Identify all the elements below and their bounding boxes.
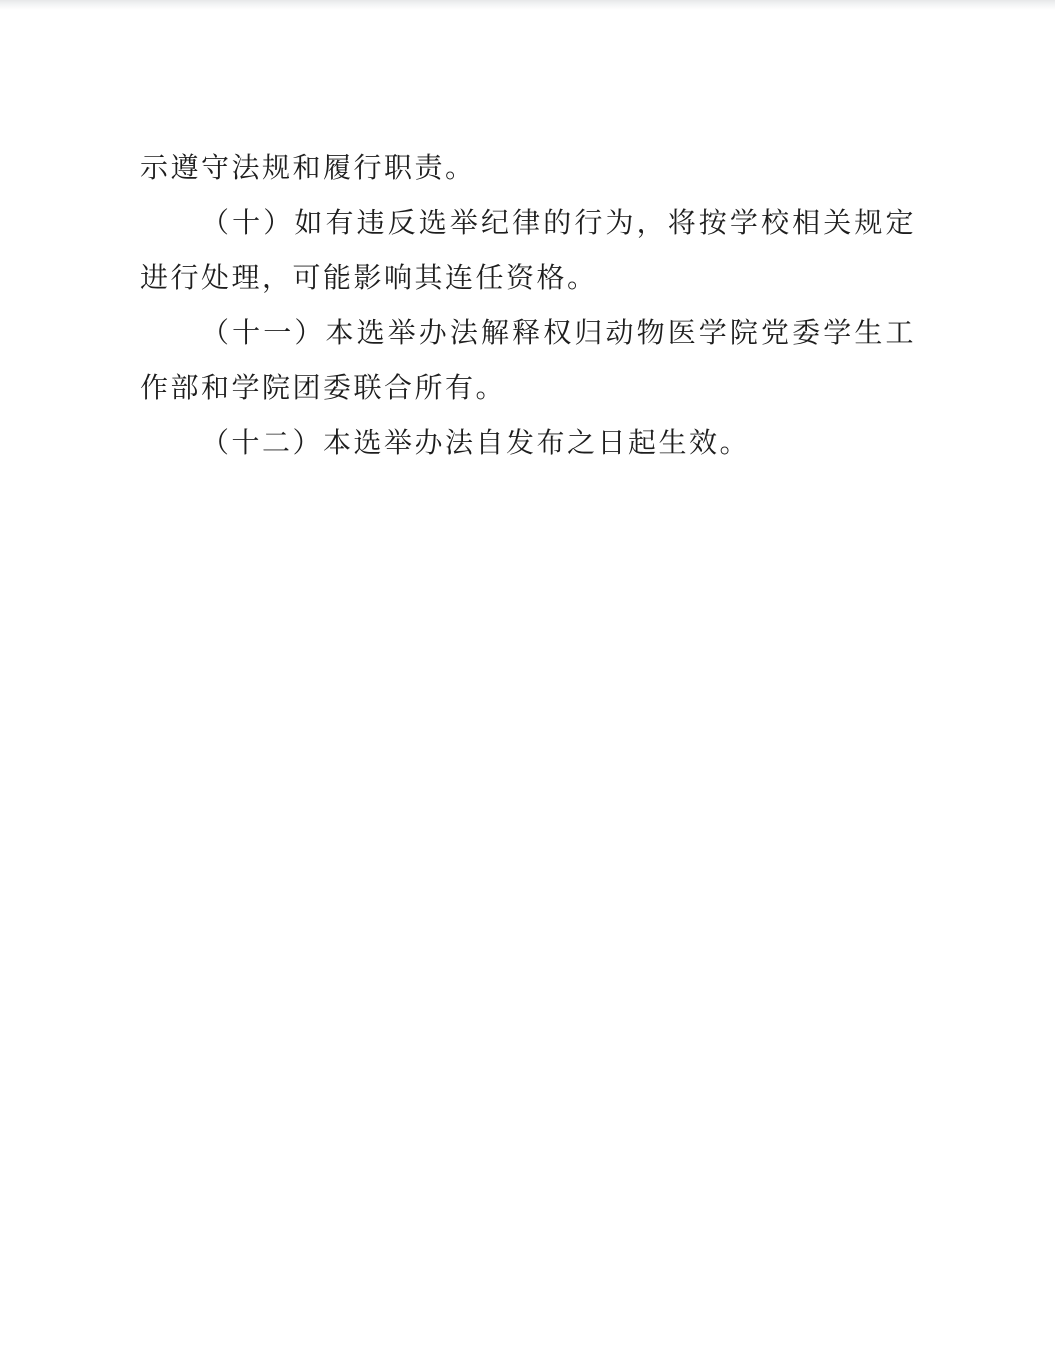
paragraph-item-10: （十）如有违反选举纪律的行为，将按学校相关规定进行处理，可能影响其连任资格。 bbox=[140, 196, 916, 306]
paragraph-item-12: （十二）本选举办法自发布之日起生效。 bbox=[140, 416, 916, 471]
document-page: 示遵守法规和履行职责。 （十）如有违反选举纪律的行为，将按学校相关规定进行处理，… bbox=[0, 0, 1055, 1353]
document-body: 示遵守法规和履行职责。 （十）如有违反选举纪律的行为，将按学校相关规定进行处理，… bbox=[140, 141, 916, 471]
page-top-edge-shadow bbox=[0, 0, 1055, 10]
paragraph-continuation: 示遵守法规和履行职责。 bbox=[140, 141, 916, 196]
paragraph-item-11: （十一）本选举办法解释权归动物医学院党委学生工作部和学院团委联合所有。 bbox=[140, 306, 916, 416]
